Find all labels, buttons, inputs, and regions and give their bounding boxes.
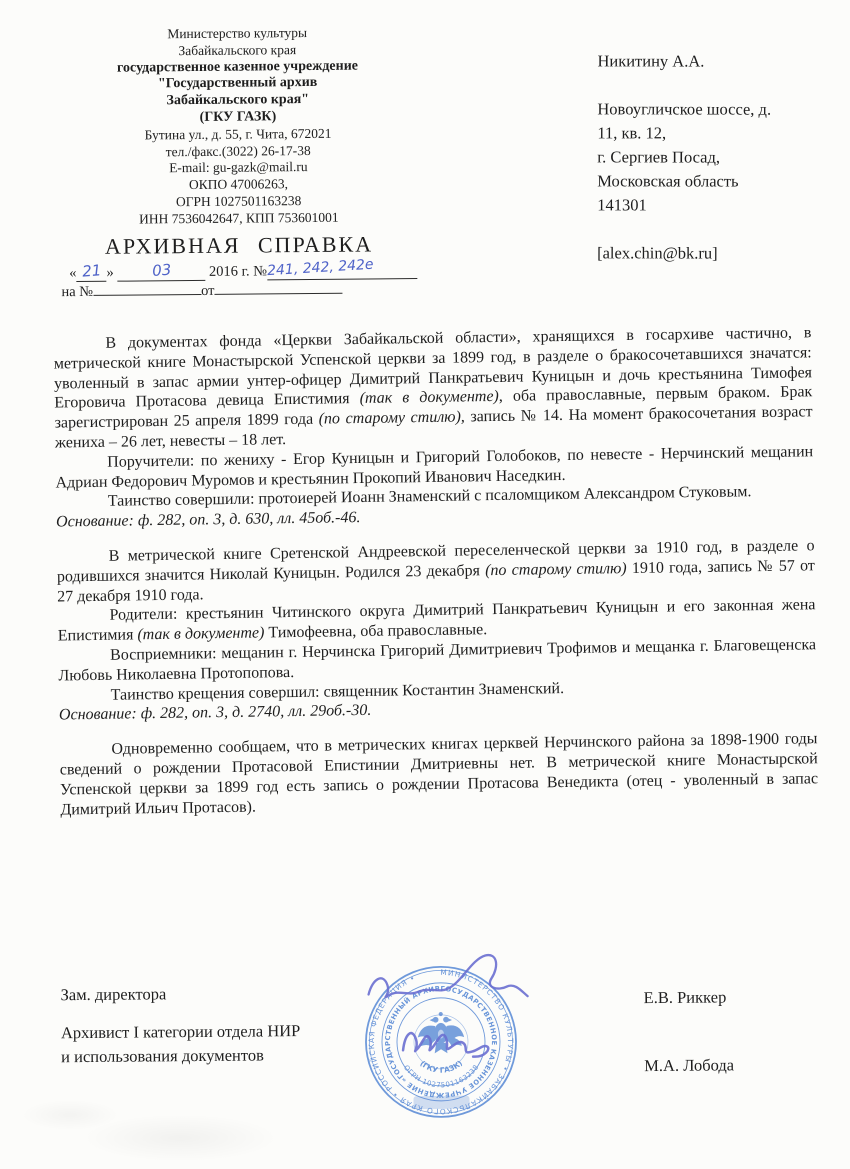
handwritten-day: 21	[81, 263, 101, 279]
recipient-address: Никитину А.А.Новоугличское шоссе, д.11, …	[597, 49, 817, 265]
italic-segment: (так в документе)	[360, 388, 499, 407]
scan-tilt-wrapper: Министерство культурыЗабайкальского края…	[0, 0, 850, 1169]
body-paragraph: Одновременно сообщаем, что в метрических…	[59, 729, 818, 819]
date-year-label: 2016 г. №	[209, 263, 267, 280]
text-segment: Тимофеевна, оба православные.	[264, 621, 487, 641]
text-segment: Одновременно сообщаем, что в метрических…	[60, 730, 818, 818]
recipient-line: [alex.chin@bk.ru]	[597, 241, 817, 265]
recipient-line: Новоугличское шоссе, д.	[597, 97, 817, 121]
handwritten-number: 241, 242, 242е	[266, 257, 373, 278]
signer-title-archivist-line1: Архивист I категории отдела НИР	[61, 1021, 301, 1043]
document-title: АРХИВНАЯ СПРАВКА	[59, 231, 419, 260]
recipient-line: 11, кв. 12,	[597, 121, 817, 145]
body-text: В документах фонда «Церкви Забайкальской…	[53, 323, 818, 820]
signer-name-rikker: Е.В. Риккер	[644, 987, 727, 1008]
date-quote-close: »	[106, 264, 113, 280]
handwritten-month: 03	[151, 262, 171, 278]
double-eagle-emblem	[418, 1012, 465, 1054]
reference-line: на №от	[59, 281, 419, 301]
signer-title-archivist-line2: и использования документов	[61, 1045, 264, 1067]
recipient-gap	[597, 73, 817, 97]
recipient-line: 141301	[597, 193, 817, 217]
letterhead: Министерство культурыЗабайкальского края…	[57, 24, 419, 301]
date-month-blank: 03	[117, 263, 205, 281]
recipient-line: Московская область	[597, 169, 817, 193]
date-line: «21» 03 2016 г. №241, 242, 242е	[59, 262, 419, 282]
body-paragraph: В документах фонда «Церкви Забайкальской…	[53, 323, 813, 453]
scanned-archival-certificate: Министерство культурыЗабайкальского края…	[0, 0, 850, 1169]
text-segment: Основание: ф. 282, оп. 3, д. 630, лл. 45…	[56, 509, 361, 531]
recipient-gap	[597, 217, 817, 241]
letterhead-lines: Министерство культурыЗабайкальского края…	[57, 24, 419, 229]
letterhead-line: ИНН 7536042647, КПП 753601001	[59, 209, 419, 229]
italic-segment: (по старому стилю)	[485, 560, 627, 579]
stamp-svg: МИНИСТЕРСТВО КУЛЬТУРЫ • ЗАБАЙКАЛЬСКОГО К…	[340, 941, 542, 1155]
text-segment: Основание: ф. 282, оп. 3, д. 2740, лл. 2…	[59, 702, 372, 724]
ref-ot-blank	[215, 292, 343, 294]
date-number-blank: 241, 242, 242е	[267, 263, 417, 280]
signer-name-loboda: М.А. Лобода	[644, 1055, 734, 1076]
stamp-gku-text: (ГКУ ГАЗК)	[418, 1058, 464, 1074]
date-day-blank: 21	[76, 264, 106, 281]
recipient-line: Никитину А.А.	[597, 49, 817, 73]
ref-na-label: на №	[61, 283, 93, 299]
italic-segment: (так в документе)	[137, 625, 264, 644]
body-paragraph: В метрической книге Сретенской Андреевск…	[56, 536, 815, 607]
ref-na-blank	[93, 294, 201, 296]
ref-ot-label: от	[201, 282, 215, 298]
official-stamp: МИНИСТЕРСТВО КУЛЬТУРЫ • ЗАБАЙКАЛЬСКОГО К…	[340, 941, 542, 1155]
signer-title-deputy-director: Зам. директора	[60, 984, 166, 1005]
italic-segment: (по старому стилю),	[319, 409, 465, 428]
recipient-line: г. Сергиев Посад,	[597, 145, 817, 169]
